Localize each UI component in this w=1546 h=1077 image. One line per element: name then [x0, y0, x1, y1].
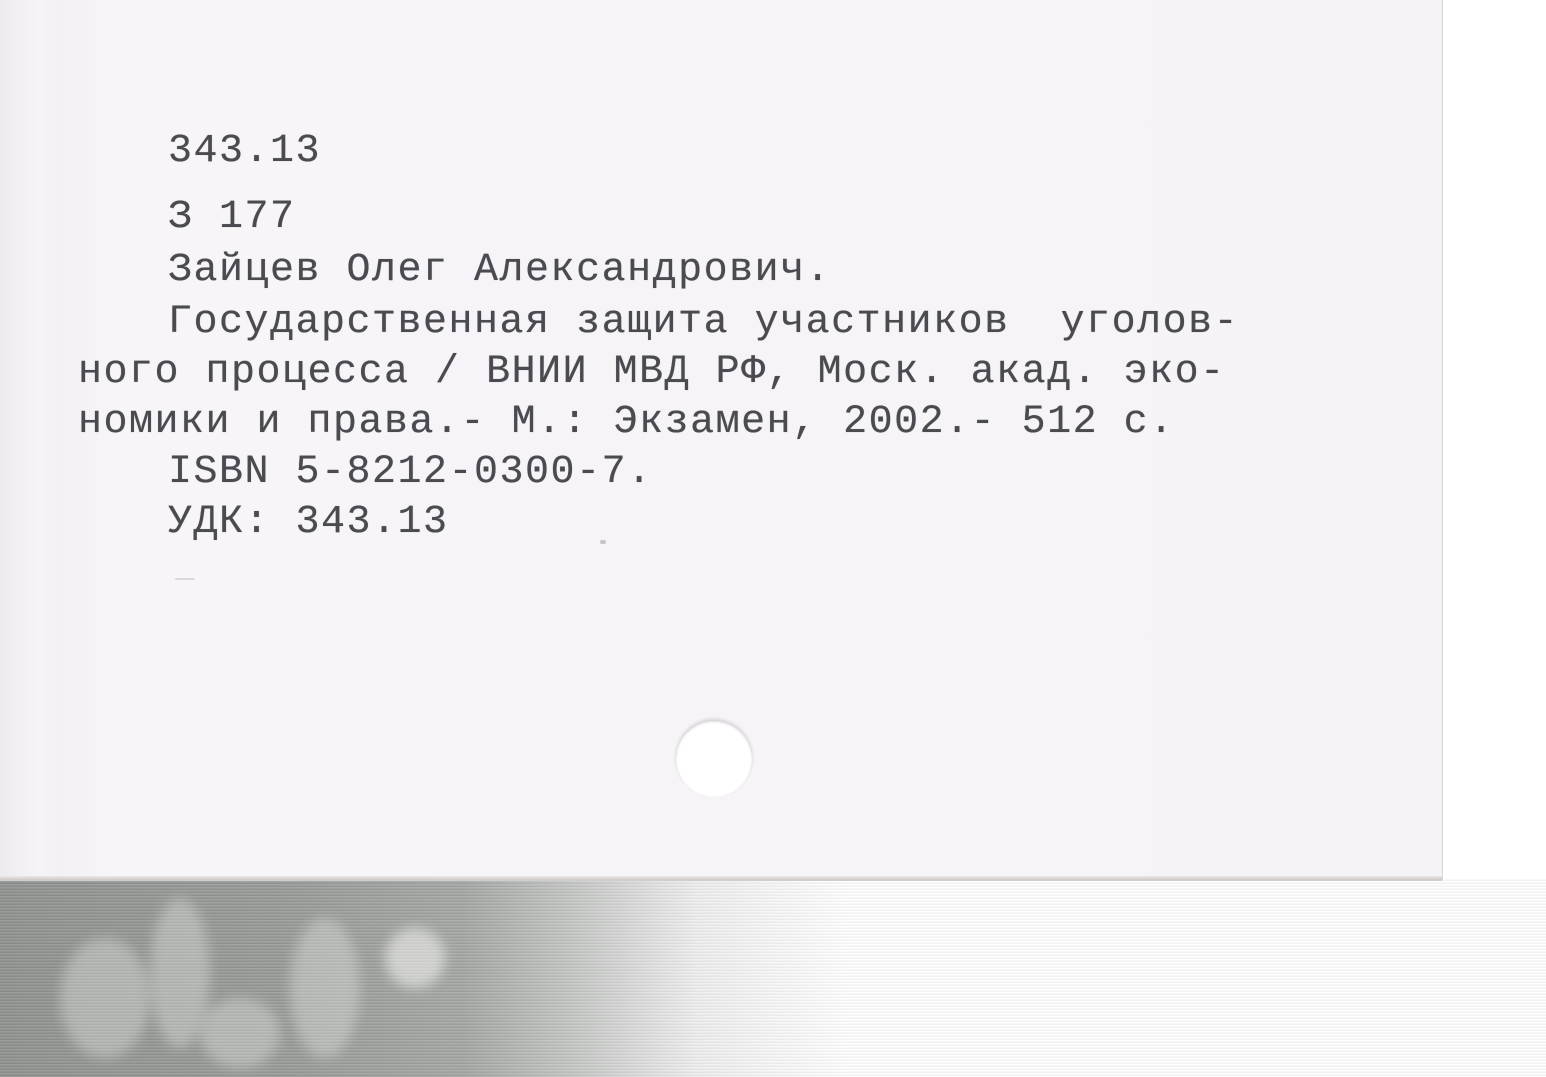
- scuff-mark: [60, 938, 150, 1058]
- library-catalog-card: 343.13 З 177 Зайцев Олег Александрович. …: [0, 0, 1442, 880]
- isbn: ISBN 5-8212-0300-7.: [168, 448, 653, 498]
- scuff-mark: [290, 918, 360, 1058]
- title-line-1: Государственная защита участников уголов…: [168, 298, 1239, 348]
- author-mark: З 177: [168, 193, 296, 243]
- punch-hole: [676, 721, 752, 797]
- scanner-background: [0, 878, 1546, 1077]
- ink-speck: [175, 578, 195, 580]
- scuff-mark: [385, 928, 445, 988]
- title-line-2: ного процесса / ВНИИ МВД РФ, Моск. акад.…: [78, 348, 1226, 398]
- scanned-catalog-card-page: 343.13 З 177 Зайцев Олег Александрович. …: [0, 0, 1546, 1077]
- scuff-mark: [200, 998, 280, 1068]
- title-line-3: номики и права.- М.: Экзамен, 2002.- 512…: [78, 398, 1175, 448]
- author-name: Зайцев Олег Александрович.: [168, 246, 831, 296]
- ink-speck: [600, 540, 606, 544]
- classification-code: 343.13: [168, 127, 321, 177]
- udk-code: УДК: 343.13: [168, 498, 449, 548]
